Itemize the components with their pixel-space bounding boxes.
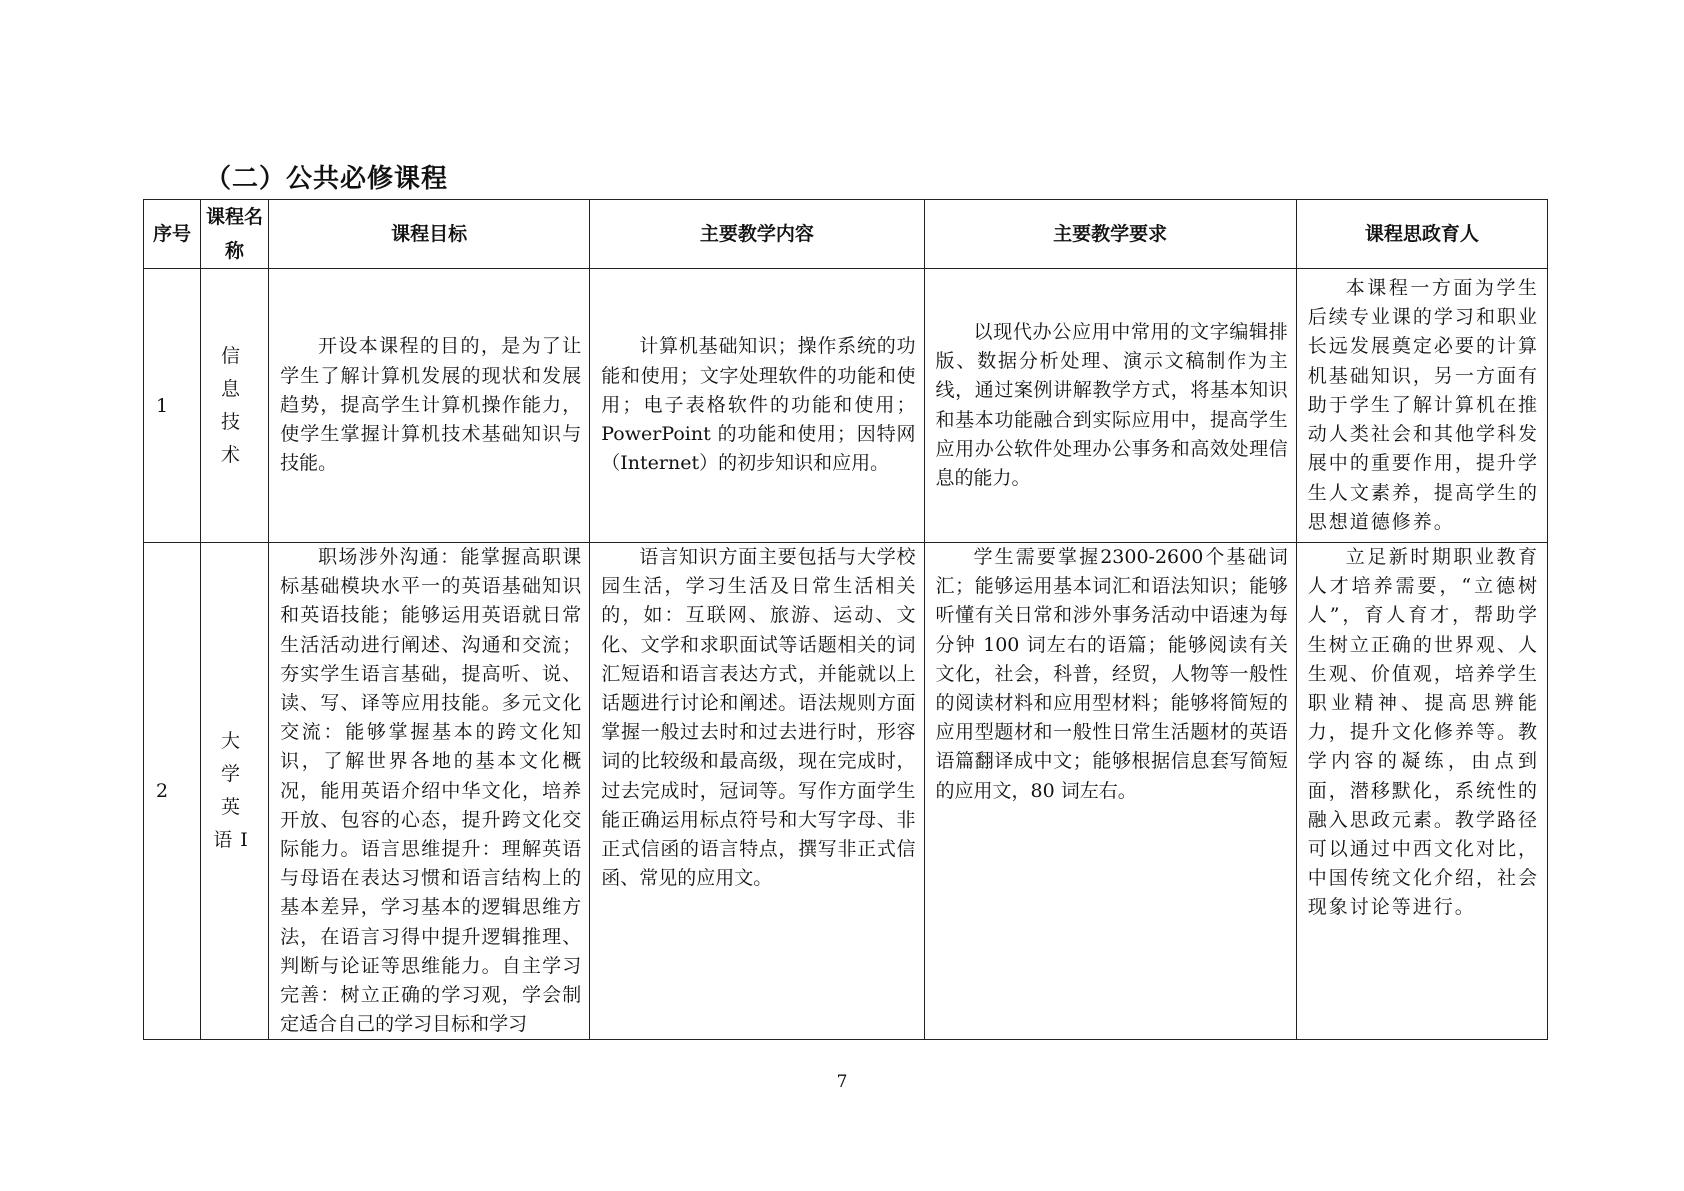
table-row: 2 大学英语Ⅰ 职场涉外沟通：能掌握高职课标基础模块水平一的英语基础知识和英语技… xyxy=(144,543,1548,1040)
course-name: 信息技术 xyxy=(201,269,269,543)
row-number: 2 xyxy=(144,543,201,1040)
section-title: （二）公共必修课程 xyxy=(205,158,448,195)
header-teaching-content: 主要教学内容 xyxy=(590,200,924,269)
header-course-name: 课程名称 xyxy=(201,200,269,269)
header-ideological-education: 课程思政育人 xyxy=(1296,200,1547,269)
ideological-education: 立足新时期职业教育人才培养需要，“立德树人”，育人育才，帮助学生树立正确的世界观… xyxy=(1296,543,1547,1040)
course-name: 大学英语Ⅰ xyxy=(201,543,269,1040)
row-number: 1 xyxy=(144,269,201,543)
teaching-content: 语言知识方面主要包括与大学校园生活，学习生活及日常生活相关的，如：互联网、旅游、… xyxy=(590,543,924,1040)
course-goal: 职场涉外沟通：能掌握高职课标基础模块水平一的英语基础知识和英语技能；能够运用英语… xyxy=(269,543,590,1040)
table-row: 1 信息技术 开设本课程的目的，是为了让学生了解计算机发展的现状和发展趋势，提高… xyxy=(144,269,1548,543)
page-number: 7 xyxy=(0,1072,1684,1092)
header-no: 序号 xyxy=(144,200,201,269)
ideological-education: 本课程一方面为学生后续专业课的学习和职业长远发展奠定必要的计算机基础知识，另一方… xyxy=(1296,269,1547,543)
teaching-requirement: 学生需要掌握2300-2600个基础词汇；能够运用基本词汇和语法知识；能够听懂有… xyxy=(924,543,1296,1040)
course-table: 序号 课程名称 课程目标 主要教学内容 主要教学要求 课程思政育人 1 信息技术… xyxy=(143,199,1548,1040)
header-course-goal: 课程目标 xyxy=(269,200,590,269)
header-teaching-requirement: 主要教学要求 xyxy=(924,200,1296,269)
teaching-requirement: 以现代办公应用中常用的文字编辑排版、数据分析处理、演示文稿制作为主线，通过案例讲… xyxy=(924,269,1296,543)
course-goal: 开设本课程的目的，是为了让学生了解计算机发展的现状和发展趋势，提高学生计算机操作… xyxy=(269,269,590,543)
teaching-content: 计算机基础知识；操作系统的功能和使用；文字处理软件的功能和使用；电子表格软件的功… xyxy=(590,269,924,543)
table-header-row: 序号 课程名称 课程目标 主要教学内容 主要教学要求 课程思政育人 xyxy=(144,200,1548,269)
